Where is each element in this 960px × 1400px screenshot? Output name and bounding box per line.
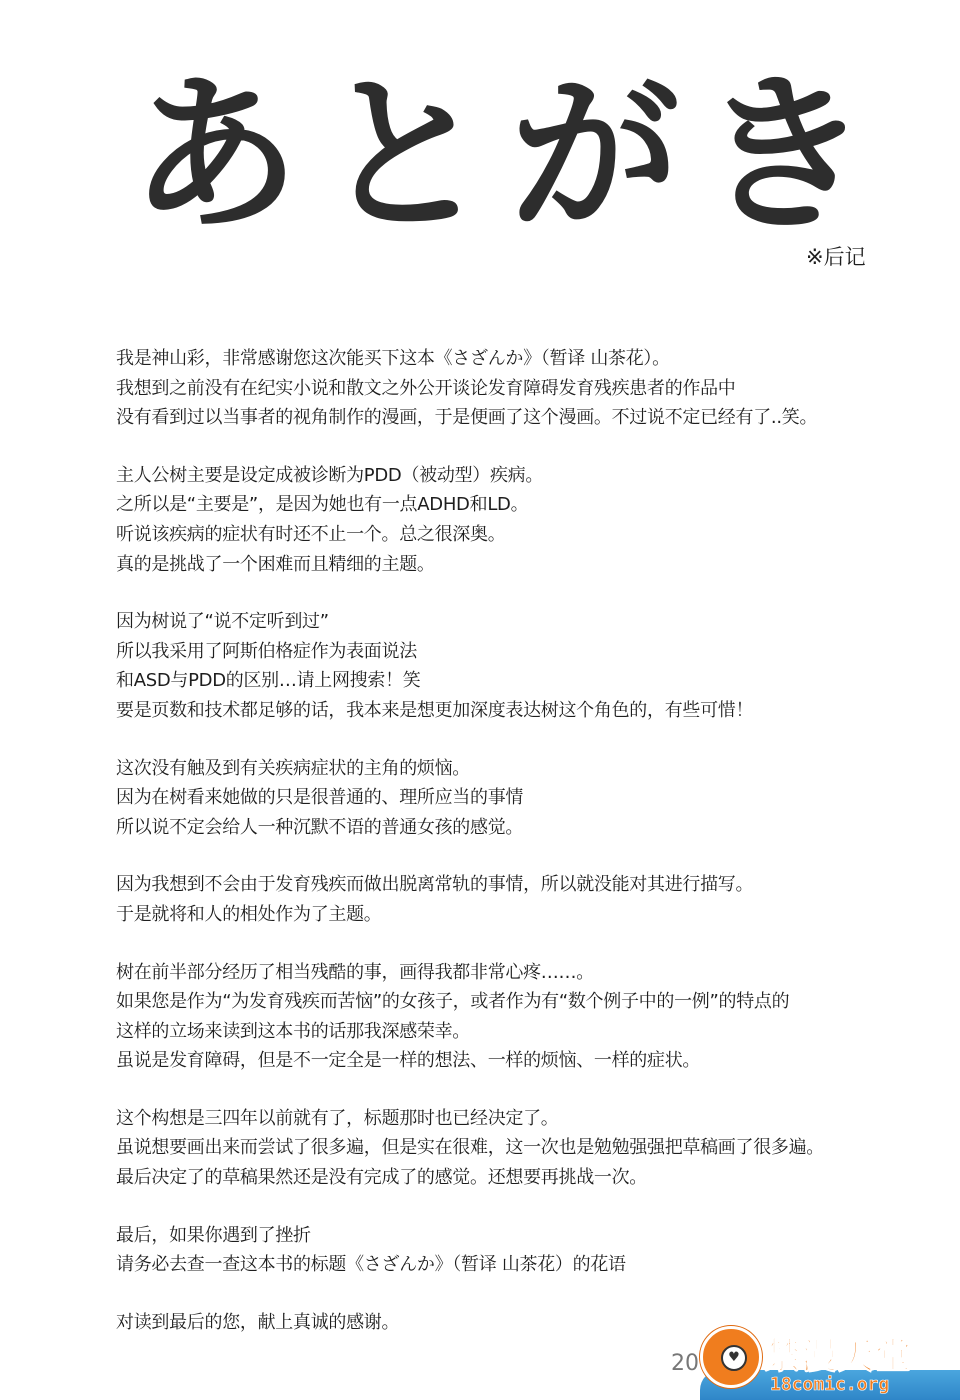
- paragraph: 因为我想到不会由于发育残疾而做出脱离常轨的事情，所以就没能对其进行描写。 于是就…: [116, 870, 916, 929]
- text-line: 没有看到过以当事者的视角制作的漫画，于是便画了这个漫画。不过说不定已经有了..笑…: [116, 403, 916, 433]
- heart-icon: ♥: [721, 1345, 747, 1371]
- text-line: 因为在树看来她做的只是很普通的、理所应当的事情: [116, 783, 916, 813]
- paragraph: 因为树说了“说不定听到过” 所以我采用了阿斯伯格症作为表面说法 和ASD与PDD…: [116, 607, 916, 725]
- text-line: 虽说是发育障碍，但是不一定全是一样的想法、一样的烦恼、一样的症状。: [116, 1046, 916, 1076]
- title-char: が: [510, 70, 680, 240]
- afterword-title: あ と が き: [130, 55, 870, 255]
- text-line: 这样的立场来读到这本书的话那我深感荣幸。: [116, 1017, 916, 1047]
- paragraph: 这次没有触及到有关疾病症状的主角的烦恼。 因为在树看来她做的只是很普通的、理所应…: [116, 754, 916, 843]
- mascot-logo-icon: ♥: [700, 1326, 762, 1388]
- paragraph: 我是神山彩，非常感谢您这次能买下这本《さざんか》（暂译 山茶花）。 我想到之前没…: [116, 344, 916, 433]
- text-line: 最后决定了的草稿果然还是没有完成了的感觉。还想要再挑战一次。: [116, 1163, 916, 1193]
- text-line: 主人公树主要是设定成被诊断为PDD（被动型）疾病。: [116, 461, 916, 491]
- title-char: き: [700, 70, 870, 240]
- text-line: 真的是挑战了一个困难而且精细的主题。: [116, 550, 916, 580]
- title-char: と: [320, 70, 490, 240]
- text-line: 听说该疾病的症状有时还不止一个。总之很深奥。: [116, 520, 916, 550]
- site-watermark: ♥ 禁漫天堂 18comic.org: [660, 1318, 960, 1400]
- text-line: 因为树说了“说不定听到过”: [116, 607, 916, 637]
- text-line: 和ASD与PDD的区别…请上网搜索！笑: [116, 666, 916, 696]
- paragraph: 树在前半部分经历了相当残酷的事，画得我都非常心疼……。 如果您是作为“为发育残疾…: [116, 958, 916, 1076]
- text-line: 所以我采用了阿斯伯格症作为表面说法: [116, 637, 916, 667]
- text-line: 因为我想到不会由于发育残疾而做出脱离常轨的事情，所以就没能对其进行描写。: [116, 870, 916, 900]
- paragraph: 这个构想是三四年以前就有了，标题那时也已经决定了。 虽说想要画出来而尝试了很多遍…: [116, 1104, 916, 1193]
- subtitle-translation: ※后记: [806, 241, 866, 271]
- paragraph: 最后，如果你遇到了挫折 请务必去查一查这本书的标题《さざんか》（暂译 山茶花）的…: [116, 1221, 916, 1280]
- text-line: 之所以是“主要是”，是因为她也有一点ADHD和LD。: [116, 490, 916, 520]
- text-line: 这次没有触及到有关疾病症状的主角的烦恼。: [116, 754, 916, 784]
- text-line: 所以说不定会给人一种沉默不语的普通女孩的感觉。: [116, 813, 916, 843]
- text-line: 要是页数和技术都足够的话，我本来是想更加深度表达树这个角色的，有些可惜！: [116, 696, 916, 726]
- title-char: あ: [130, 70, 300, 240]
- text-line: 如果您是作为“为发育残疾而苦恼”的女孩子，或者作为有“数个例子中的一例”的特点的: [116, 987, 916, 1017]
- text-line: 树在前半部分经历了相当残酷的事，画得我都非常心疼……。: [116, 958, 916, 988]
- text-line: 我想到之前没有在纪实小说和散文之外公开谈论发育障碍发育残疾患者的作品中: [116, 374, 916, 404]
- text-line: 最后，如果你遇到了挫折: [116, 1221, 916, 1251]
- watermark-url: 18comic.org: [770, 1374, 889, 1395]
- afterword-body: 我是神山彩，非常感谢您这次能买下这本《さざんか》（暂译 山茶花）。 我想到之前没…: [116, 344, 916, 1365]
- text-line: 虽说想要画出来而尝试了很多遍，但是实在很难，这一次也是勉勉强强把草稿画了很多遍。: [116, 1133, 916, 1163]
- text-line: 这个构想是三四年以前就有了，标题那时也已经决定了。: [116, 1104, 916, 1134]
- text-line: 于是就将和人的相处作为了主题。: [116, 900, 916, 930]
- text-line: 我是神山彩，非常感谢您这次能买下这本《さざんか》（暂译 山茶花）。: [116, 344, 916, 374]
- watermark-title: 禁漫天堂: [764, 1328, 912, 1379]
- paragraph: 主人公树主要是设定成被诊断为PDD（被动型）疾病。 之所以是“主要是”，是因为她…: [116, 461, 916, 579]
- text-line: 请务必去查一查这本书的标题《さざんか》（暂译 山茶花）的花语: [116, 1250, 916, 1280]
